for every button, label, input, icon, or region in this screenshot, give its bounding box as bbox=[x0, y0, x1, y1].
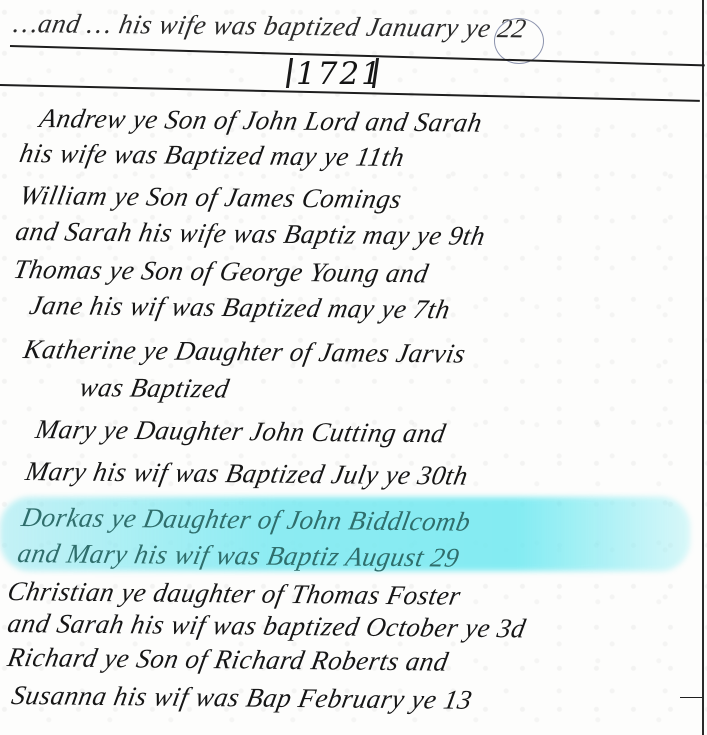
entry-line: Mary his wif was Baptized July ye 30th bbox=[23, 456, 695, 494]
entry-line: Andrew ye Son of John Lord and Sarah bbox=[37, 103, 695, 141]
register-page: …and … his wife was baptized January ye … bbox=[0, 0, 707, 735]
entry-line: his wife was Baptized may ye 11th bbox=[17, 138, 695, 176]
entry-line: Richard ye Son of Richard Roberts and bbox=[5, 642, 694, 680]
year-bar-left bbox=[286, 58, 293, 88]
entry-line: and Sarah his wif was baptized October y… bbox=[5, 608, 694, 646]
circle-annotation-mark bbox=[494, 18, 544, 64]
carryover-line: …and … his wife was baptized January ye … bbox=[11, 8, 694, 46]
margin-tick bbox=[680, 697, 702, 698]
page-edge-border bbox=[702, 0, 704, 735]
entry-line: Mary ye Daughter John Cutting and bbox=[33, 414, 695, 452]
entry-line: William ye Son of James Comings bbox=[17, 180, 695, 218]
year-heading: 1721 bbox=[296, 56, 383, 92]
entry-line: and Sarah his wife was Baptiz may ye 9th bbox=[13, 216, 695, 254]
entry-line: Thomas ye Son of George Young and bbox=[11, 254, 694, 292]
entry-line: was Baptized bbox=[77, 372, 695, 409]
entry-line: Katherine ye Daughter of James Jarvis bbox=[21, 334, 695, 372]
entry-line: Jane his wif was Baptized may ye 7th bbox=[27, 290, 695, 328]
entry-line: Susanna his wif was Bap February ye 13 bbox=[9, 680, 694, 718]
